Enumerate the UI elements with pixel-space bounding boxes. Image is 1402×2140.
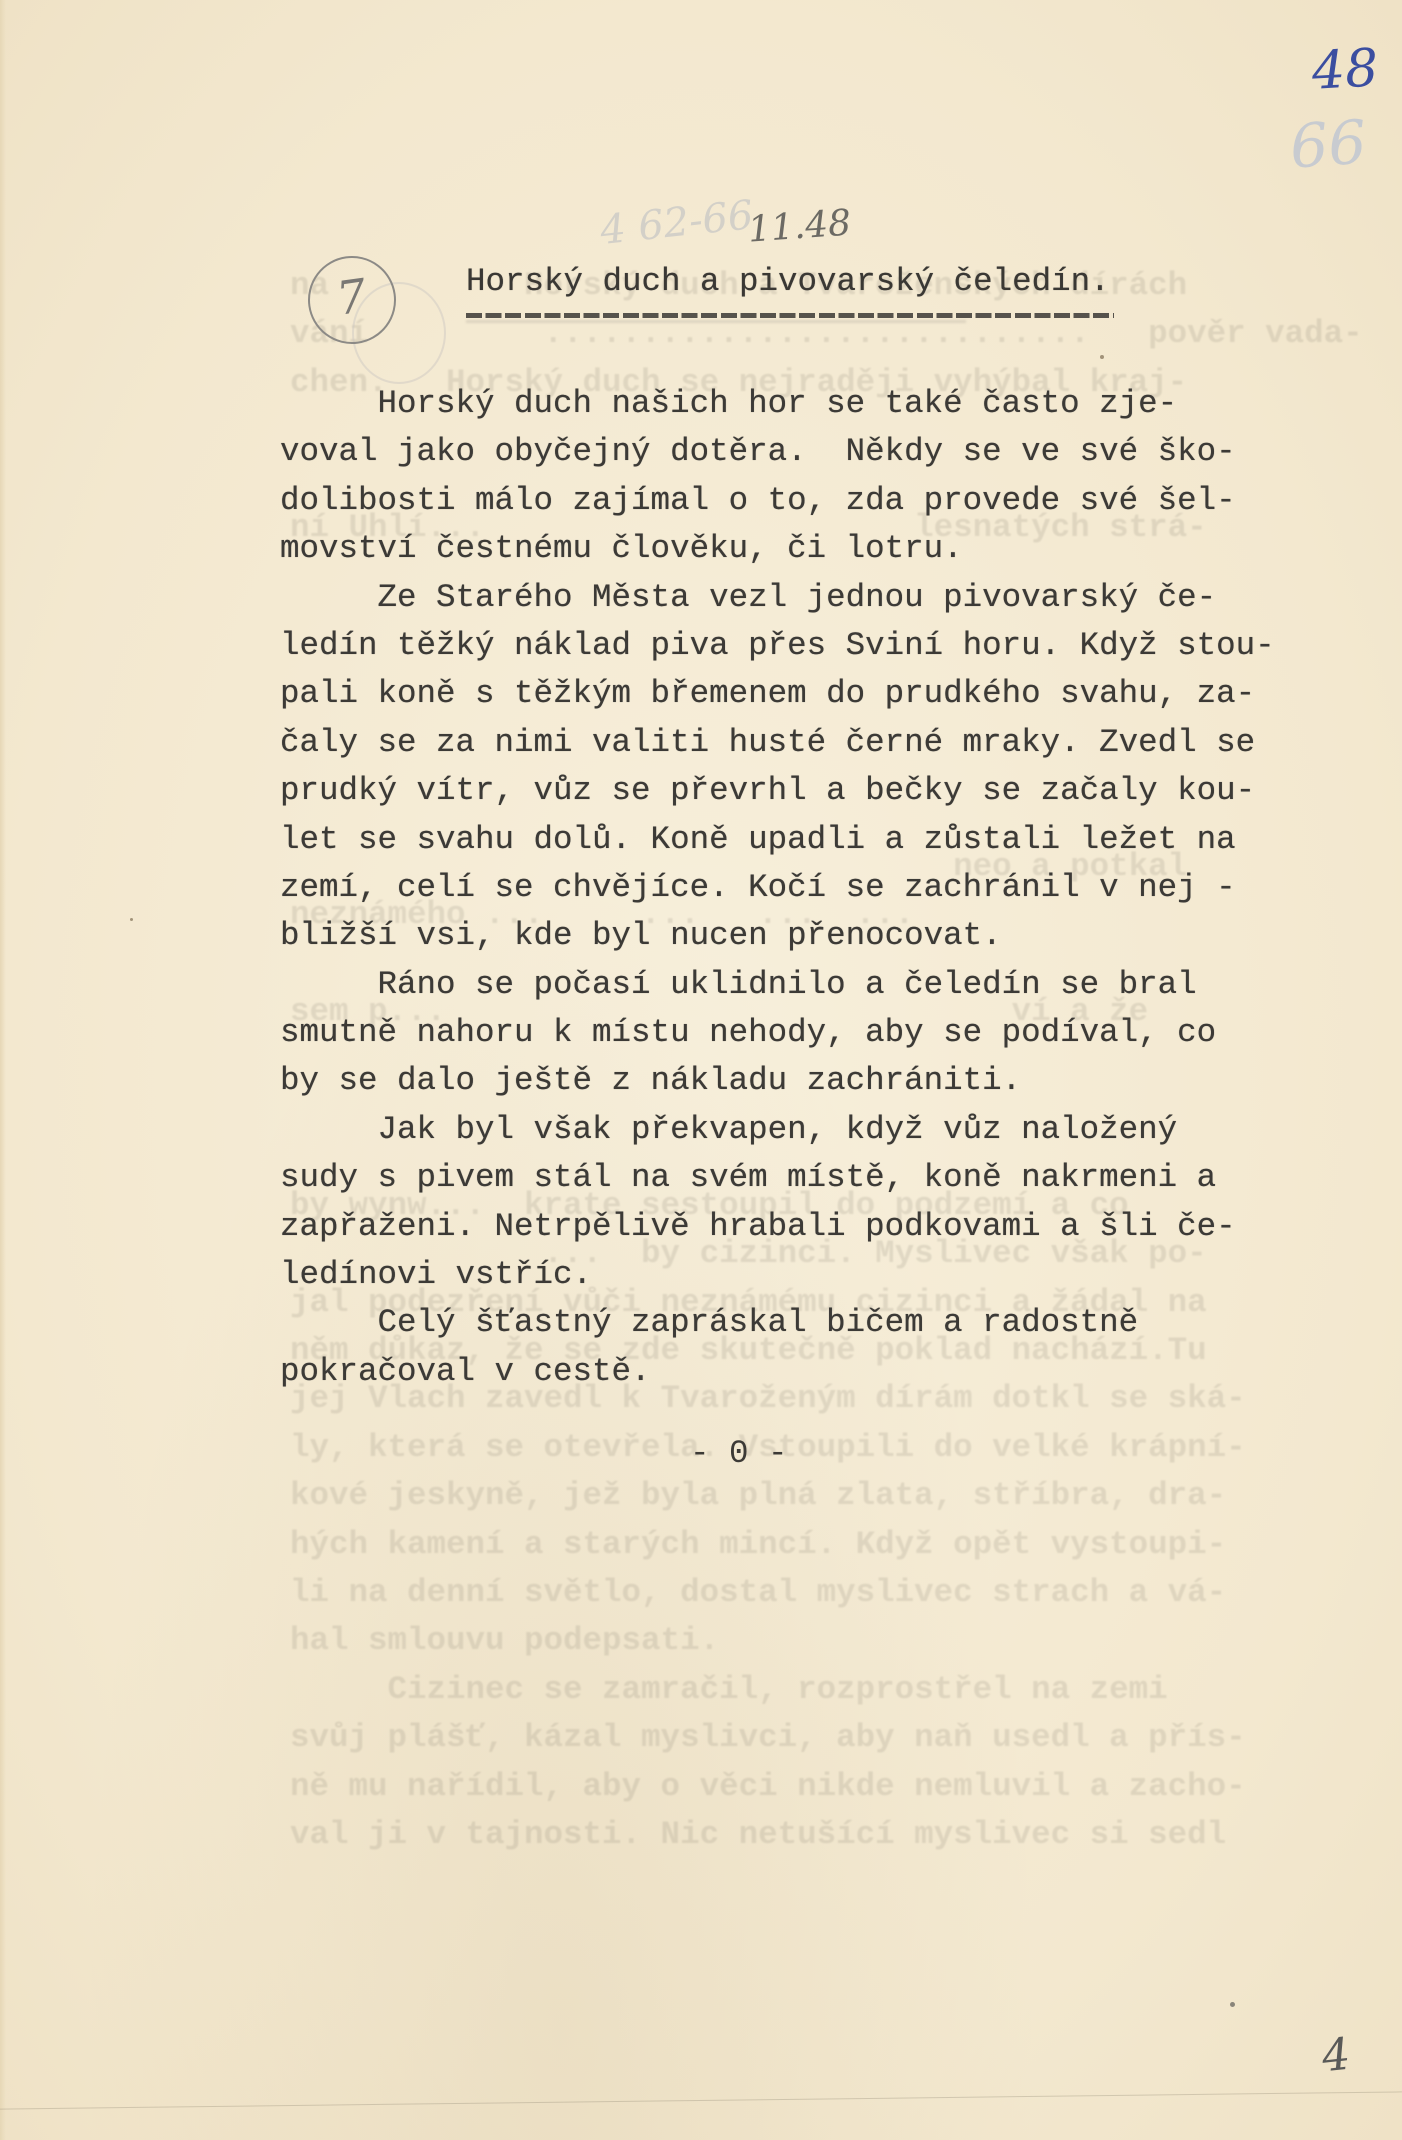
story-number: 7 (306, 264, 397, 329)
body-line: pokračoval v cestě. (280, 1348, 1275, 1396)
body-line: voval jako obyčejný dotěra. Někdy se ve … (280, 428, 1275, 476)
body-line: ledínovi vstříc. (280, 1251, 1275, 1299)
bleed-through-line: hal smlouvu podepsati. (290, 1617, 1363, 1665)
body-line: Ráno se počasí uklidnilo a čeledín se br… (280, 961, 1275, 1009)
bleed-through-line: val ji v tajnosti. Nic netušící myslivec… (290, 1811, 1363, 1859)
body-line: Ze Starého Města vezl jednou pivovarský … (280, 574, 1275, 622)
title-underline-bleed (466, 320, 966, 323)
bleed-through-line: svůj plášť, kázal myslivci, aby naň used… (290, 1714, 1363, 1762)
body-line: Celý šťastný zapráskal bičem a radostně (280, 1299, 1275, 1347)
body-line: zemí, celí se chvějíce. Kočí se zachráni… (280, 864, 1275, 912)
body-line: pali koně s těžkým břemenem do prudkého … (280, 670, 1275, 718)
paper-speck (1230, 2002, 1235, 2007)
paper-speck (130, 918, 133, 921)
document-title: Horský duch a pivovarský čeledín. (466, 262, 1110, 302)
body-line: Horský duch našich hor se také často zje… (280, 380, 1275, 428)
bleed-through-line: li na denní světlo, dostal myslivec stra… (290, 1569, 1363, 1617)
bleed-through-line: Cizinec se zamračil, rozprostřel na zemi (290, 1666, 1363, 1714)
handwritten-top-right-faint: 66 (1288, 107, 1369, 182)
handwritten-pencil-reference: 11.48 (747, 202, 853, 250)
bleed-through-line: ně mu nařídil, aby o věci nikde nemluvil… (290, 1763, 1363, 1811)
body-line: ledín těžký náklad piva přes Sviní horu.… (280, 622, 1275, 670)
paper-speck (1100, 355, 1104, 359)
paper-left-edge (0, 0, 6, 2140)
body-line: smutně nahoru k místu nehody, aby se pod… (280, 1009, 1275, 1057)
body-line: let se svahu dolů. Koně upadli a zůstali… (280, 816, 1275, 864)
body-line: Jak byl však překvapen, když vůz naložen… (280, 1106, 1275, 1154)
end-mark: - 0 - (690, 1435, 788, 1472)
bleed-through-line: kové jeskyně, jež byla plná zlata, stříb… (290, 1472, 1363, 1520)
bleed-through-line: ly, která se otevřela. Vstoupili do velk… (290, 1424, 1363, 1472)
handwritten-top-right-number: 48 (1310, 38, 1379, 101)
body-line: zapřaženi. Netrpělivě hrabali podkovami … (280, 1203, 1275, 1251)
body-line: čaly se za nimi valiti husté černé mraky… (280, 719, 1275, 767)
body-line: bližší vsi, kde byl nucen přenocovat. (280, 912, 1275, 960)
body-line: sudy s pivem stál na svém místě, koně na… (280, 1154, 1275, 1202)
bleed-through-line: hých kamení a starých mincí. Když opět v… (290, 1521, 1363, 1569)
body-line: prudký vítr, vůz se převrhl a bečky se z… (280, 767, 1275, 815)
document-body: Horský duch našich hor se také často zje… (280, 380, 1275, 1396)
body-line: movství čestnému člověku, či lotru. (280, 525, 1275, 573)
body-line: by se dalo ještě z nákladu zachrániti. (280, 1057, 1275, 1105)
body-line: dolibosti málo zajímal o to, zda provede… (280, 477, 1275, 525)
handwritten-page-number: 4 (1319, 2029, 1352, 2083)
title-underline (466, 313, 1114, 318)
